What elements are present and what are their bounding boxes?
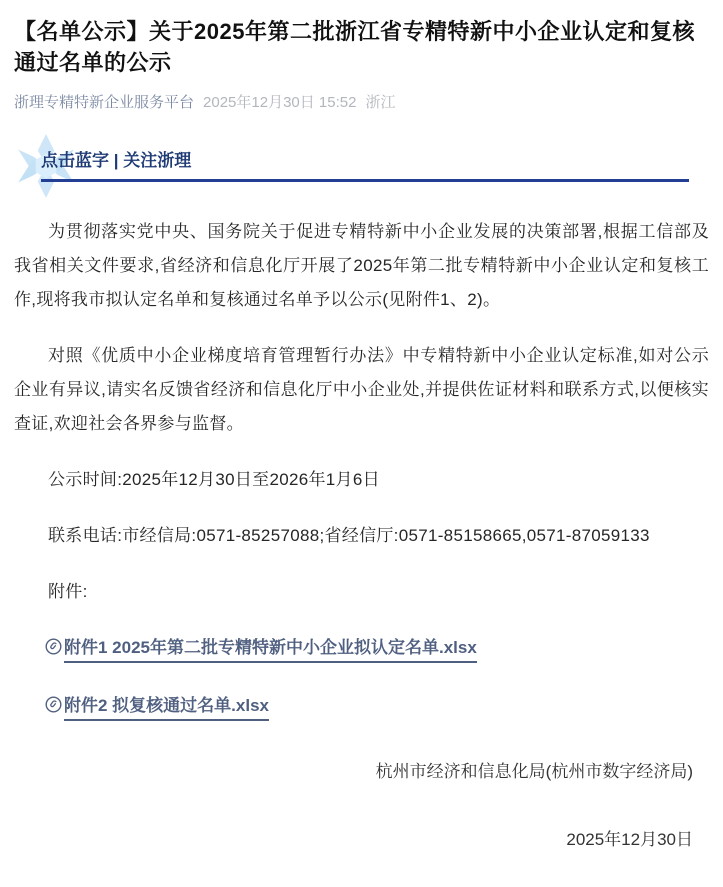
account-name[interactable]: 浙理专精特新企业服务平台 <box>14 91 194 112</box>
publish-time: 2025年12月30日 15:52 <box>203 91 356 112</box>
article-date: 2025年12月30日 <box>14 823 709 857</box>
attachment-link-2[interactable]: 附件2 拟复核通过名单.xlsx <box>45 696 269 715</box>
publicity-time-line: 公示时间:2025年12月30日至2026年1月6日 <box>14 463 709 497</box>
paperclip-icon <box>45 638 62 655</box>
attachment-label[interactable]: 附件1 2025年第二批专精特新中小企业拟认定名单.xlsx <box>64 638 477 663</box>
article-title: 【名单公示】关于2025年第二批浙江省专精特新中小企业认定和复核通过名单的公示 <box>14 16 709 78</box>
attachment-label[interactable]: 附件2 拟复核通过名单.xlsx <box>64 696 269 721</box>
paperclip-icon <box>45 696 62 713</box>
attachment-link-1[interactable]: 附件1 2025年第二批专精特新中小企业拟认定名单.xlsx <box>45 638 477 657</box>
attachments-label: 附件: <box>14 575 709 609</box>
banner-divider <box>41 179 689 182</box>
contact-phone-line: 联系电话:市经信局:0571-85257088;省经信厅:0571-851586… <box>14 519 709 553</box>
body-paragraph-1: 为贯彻落实党中央、国务院关于促进专精特新中小企业发展的决策部署,根据工信部及我省… <box>14 215 709 317</box>
follow-banner[interactable]: 点击蓝字 | 关注浙理 <box>14 149 709 185</box>
follow-banner-label[interactable]: 点击蓝字 | 关注浙理 <box>41 149 709 173</box>
body-paragraph-2: 对照《优质中小企业梯度培育管理暂行办法》中专精特新中小企业认定标准,如对公示企业… <box>14 339 709 441</box>
publish-location: 浙江 <box>365 91 395 112</box>
byline: 浙理专精特新企业服务平台 2025年12月30日 15:52 浙江 <box>14 91 709 112</box>
article-page: 【名单公示】关于2025年第二批浙江省专精特新中小企业认定和复核通过名单的公示 … <box>0 0 723 857</box>
signature-line: 杭州市经济和信息化局(杭州市数字经济局) <box>14 755 709 789</box>
attachment-row-2: 附件2 拟复核通过名单.xlsx <box>45 689 709 723</box>
attachment-row-1: 附件1 2025年第二批专精特新中小企业拟认定名单.xlsx <box>45 631 709 665</box>
